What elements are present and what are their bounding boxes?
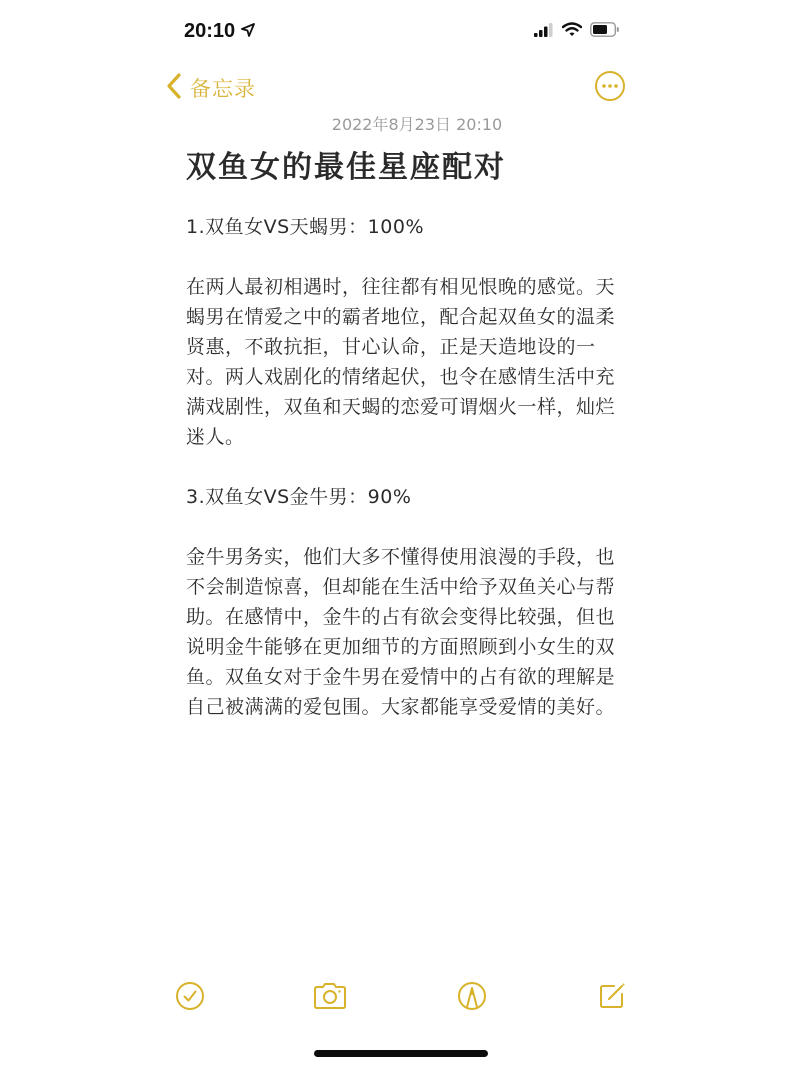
note-body[interactable]: 1.双鱼女VS天蝎男：100% 在两人最初相遇时，往往都有相见恨晚的感觉。天蝎男… — [186, 212, 618, 722]
checkmark-circle-icon — [175, 981, 205, 1015]
camera-icon — [312, 981, 348, 1015]
battery-icon — [590, 22, 620, 41]
location-arrow-icon — [241, 20, 255, 43]
note-date: 2022年8月23日 20:10 — [216, 112, 618, 138]
compose-icon — [597, 981, 627, 1015]
ellipsis-circle-icon — [594, 87, 626, 106]
paragraph-spacer — [186, 452, 618, 482]
more-button[interactable] — [594, 70, 626, 102]
checklist-button[interactable] — [170, 978, 210, 1018]
navigation-bar: 备忘录 — [160, 68, 640, 108]
time-label: 20:10 — [184, 20, 235, 43]
status-bar: 20:10 — [184, 14, 620, 48]
cellular-signal-icon — [534, 22, 554, 41]
back-label: 备忘录 — [190, 73, 256, 103]
note-content[interactable]: 2022年8月23日 20:10 双鱼女的最佳星座配对 1.双鱼女VS天蝎男：1… — [186, 112, 618, 722]
note-title[interactable]: 双鱼女的最佳星座配对 — [186, 148, 618, 188]
back-button[interactable]: 备忘录 — [166, 68, 256, 108]
bottom-toolbar — [160, 978, 640, 1018]
camera-button[interactable] — [310, 978, 350, 1018]
status-icons — [534, 22, 620, 41]
match-heading-taurus: 3.双鱼女VS金牛男：90% — [186, 482, 618, 512]
match-description-taurus: 金牛男务实，他们大多不懂得使用浪漫的手段，也不会制造惊喜，但却能在生活中给予双鱼… — [186, 542, 618, 722]
markup-button[interactable] — [452, 978, 492, 1018]
chevron-left-icon — [166, 73, 182, 103]
wifi-icon — [562, 22, 582, 41]
paragraph-spacer — [186, 512, 618, 542]
notes-app-screen: 20:10 — [160, 0, 640, 1067]
match-heading-scorpio: 1.双鱼女VS天蝎男：100% — [186, 212, 618, 242]
pen-tip-circle-icon — [457, 981, 487, 1015]
match-description-scorpio: 在两人最初相遇时，往往都有相见恨晚的感觉。天蝎男在情爱之中的霸者地位，配合起双鱼… — [186, 272, 618, 452]
compose-button[interactable] — [592, 978, 632, 1018]
paragraph-spacer — [186, 242, 618, 272]
status-time: 20:10 — [184, 20, 255, 43]
home-indicator[interactable] — [314, 1050, 488, 1057]
